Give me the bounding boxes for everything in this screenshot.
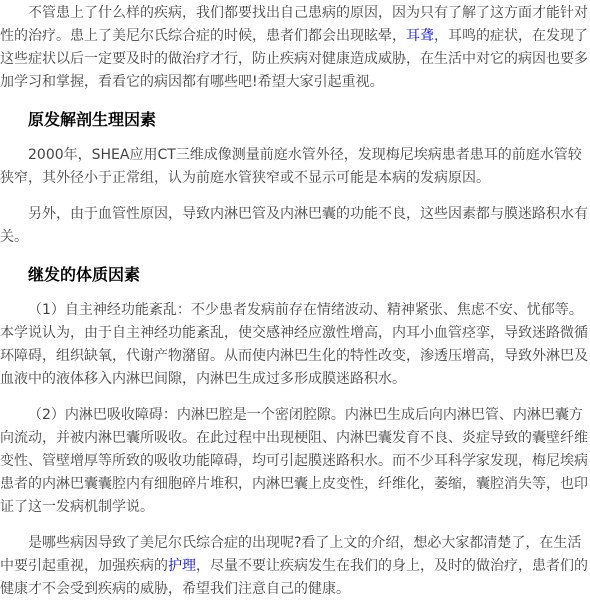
section1-paragraph-2: 另外，由于血管性原因，导致内淋巴管及内淋巴囊的功能不良，这些因素都与膜迷路积水有… bbox=[0, 203, 590, 249]
section1-paragraph-1: 2000年，SHEA应用CT三维成像测量前庭水管外径，发现梅尼埃病患者患耳的前庭… bbox=[0, 144, 590, 190]
article-body: 不管患上了什么样的疾病，我们都要找出自己患病的原因，因为只有了解了这方面才能针对… bbox=[0, 0, 590, 601]
section2-paragraph-1: （1）自主神经功能紊乱：不少患者发病前存在情绪波动、精神紧张、焦虑不安、忧郁等。… bbox=[0, 299, 590, 391]
deafness-link[interactable]: 耳聋 bbox=[406, 28, 434, 44]
nursing-care-link[interactable]: 护理 bbox=[168, 558, 196, 574]
intro-paragraph: 不管患上了什么样的疾病，我们都要找出自己患病的原因，因为只有了解了这方面才能针对… bbox=[0, 2, 590, 94]
section-heading-primary-anatomical-factors: 原发解剖生理因素 bbox=[0, 108, 590, 131]
outro-paragraph: 是哪些病因导致了美尼尔氏综合症的出现呢?看了上文的介绍，想必大家都清楚了，在生活… bbox=[0, 532, 590, 601]
section-heading-secondary-constitutional-factors: 继发的体质因素 bbox=[0, 263, 590, 286]
section2-paragraph-2: （2）内淋巴吸收障碍：内淋巴腔是一个密闭腔隙。内淋巴生成后向内淋巴管、内淋巴囊方… bbox=[0, 404, 590, 519]
